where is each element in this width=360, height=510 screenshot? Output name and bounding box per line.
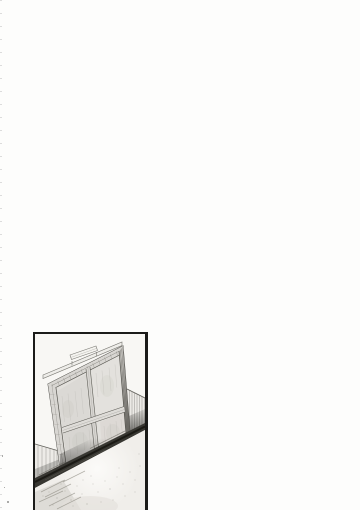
- door-illustration: Tilted manga panel of a closed sliding c…: [35, 334, 145, 510]
- manga-panel: Tilted manga panel of a closed sliding c…: [33, 332, 148, 510]
- page-edge-scan-marks: [0, 0, 2, 510]
- page-speck: [2, 455, 3, 457]
- page-speck: [4, 487, 5, 488]
- page-background: Tilted manga panel of a closed sliding c…: [0, 0, 360, 510]
- page-speck: [7, 501, 9, 503]
